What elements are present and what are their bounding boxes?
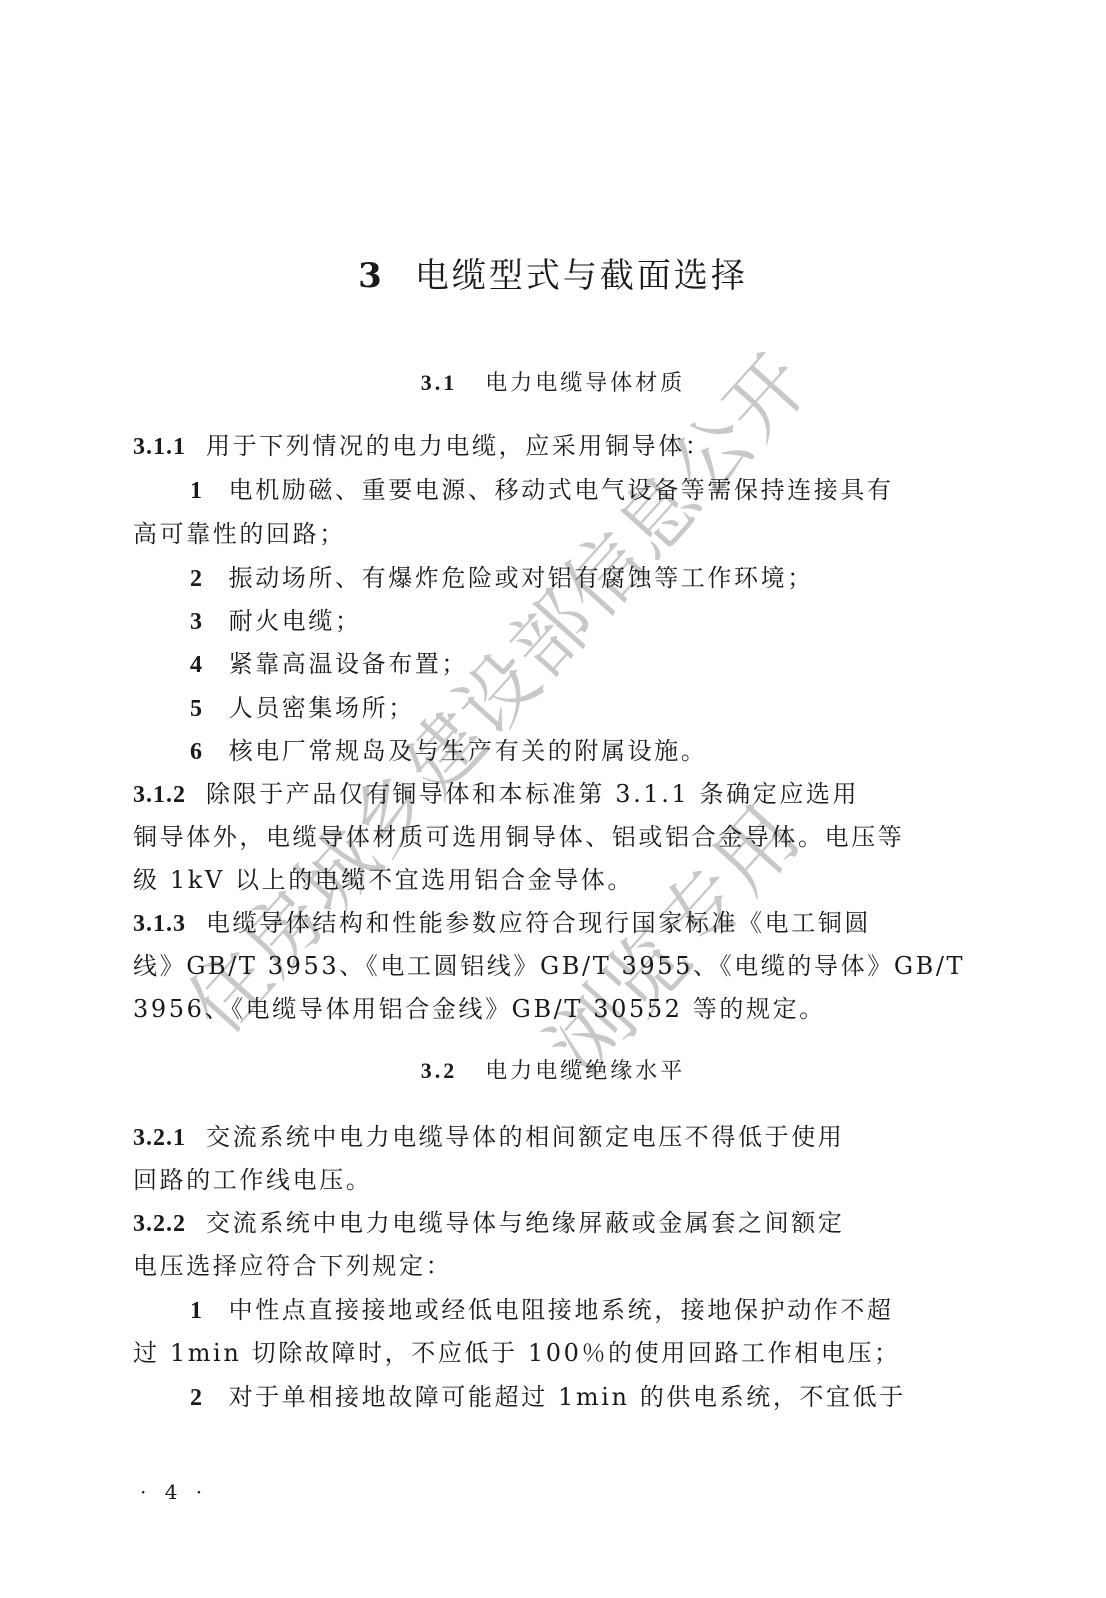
clause-text: 除限于产品仅有铜导体和本标准第 3.1.1 条确定应选用: [206, 780, 859, 808]
text-line: 线》GB/T 3953、《电工圆铝线》GB/T 3955、《电缆的导体》GB/T: [133, 946, 965, 981]
item-text: 中性点直接接地或经低电阻接地系统，接地保护动作不超: [229, 1296, 894, 1324]
item-text: 人员密集场所；: [229, 694, 415, 722]
text-line: 电压选择应符合下列规定：: [133, 1246, 452, 1281]
chapter-number: 3: [358, 256, 385, 296]
item-number: 1: [190, 478, 205, 504]
clause-number: 3.2.2: [133, 1211, 186, 1237]
text-line: 3956、《电缆导体用铝合金线》GB/T 30552 等的规定。: [133, 989, 826, 1024]
item-text: 紧靠高温设备布置；: [229, 650, 468, 678]
clause-3-1-2: 3.1.2除限于产品仅有铜导体和本标准第 3.1.1 条确定应选用: [133, 774, 859, 809]
clause-3-1-3: 3.1.3电缆导体结构和性能参数应符合现行国家标准《电工铜圆: [133, 903, 871, 938]
section-number: 3.2: [421, 1058, 458, 1083]
text-line: 铜导体外，电缆导体材质可选用铜导体、铝或铝合金导体。电压等: [133, 817, 904, 852]
list-item: 6核电厂常规岛及与生产有关的附属设施。: [190, 731, 707, 766]
clause-text: 交流系统中电力电缆导体与绝缘屏蔽或金属套之间额定: [206, 1209, 844, 1237]
item-number: 4: [190, 652, 205, 678]
clause-number: 3.2.1: [133, 1125, 186, 1151]
list-item: 4紧靠高温设备布置；: [190, 644, 468, 679]
page-number: · 4 ·: [140, 1480, 208, 1504]
clause-number: 3.1.2: [133, 782, 186, 808]
section-title: 电力电缆导体材质: [485, 371, 685, 396]
list-item: 1中性点直接接地或经低电阻接地系统，接地保护动作不超: [190, 1290, 894, 1325]
list-item: 2振动场所、有爆炸危险或对铝有腐蚀等工作环境；: [190, 558, 814, 593]
item-number: 6: [190, 739, 205, 765]
section-heading-3-1: 3.1电力电缆导体材质: [0, 366, 1106, 397]
clause-3-1-1: 3.1.1用于下列情况的电力电缆，应采用铜导体：: [133, 426, 711, 461]
item-text: 对于单相接地故障可能超过 1min 的供电系统，不宜低于: [229, 1383, 906, 1411]
list-item: 2对于单相接地故障可能超过 1min 的供电系统，不宜低于: [190, 1377, 906, 1412]
section-heading-3-2: 3.2电力电缆绝缘水平: [0, 1054, 1106, 1085]
item-number: 3: [190, 609, 205, 635]
item-number: 2: [190, 1385, 205, 1411]
chapter-heading: 3电缆型式与截面选择: [0, 248, 1106, 297]
chapter-title: 电缆型式与截面选择: [415, 256, 748, 296]
item-text: 核电厂常规岛及与生产有关的附属设施。: [229, 737, 708, 765]
item-text: 耐火电缆；: [229, 607, 362, 635]
clause-number: 3.1.1: [133, 434, 186, 460]
section-number: 3.1: [421, 370, 458, 395]
list-item: 3耐火电缆；: [190, 601, 362, 636]
clause-text: 电缆导体结构和性能参数应符合现行国家标准《电工铜圆: [206, 909, 871, 937]
text-line: 回路的工作线电压。: [133, 1160, 372, 1195]
clause-3-2-1: 3.2.1交流系统中电力电缆导体的相间额定电压不得低于使用: [133, 1117, 844, 1152]
text-line: 级 1kV 以上的电缆不宜选用铝合金导体。: [133, 860, 634, 895]
list-item: 1电机励磁、重要电源、移动式电气设备等需保持连接具有: [190, 470, 894, 505]
document-page: 住房城乡建设部信息公开 浏览专用 3电缆型式与截面选择 3.1电力电缆导体材质 …: [0, 0, 1106, 1598]
item-text: 电机励磁、重要电源、移动式电气设备等需保持连接具有: [229, 476, 894, 504]
item-number: 5: [190, 696, 205, 722]
item-number: 1: [190, 1298, 205, 1324]
list-item: 5人员密集场所；: [190, 688, 415, 723]
clause-text: 交流系统中电力电缆导体的相间额定电压不得低于使用: [206, 1123, 844, 1151]
clause-3-2-2: 3.2.2交流系统中电力电缆导体与绝缘屏蔽或金属套之间额定: [133, 1203, 844, 1238]
text-line: 高可靠性的回路；: [133, 514, 346, 549]
item-text: 振动场所、有爆炸危险或对铝有腐蚀等工作环境；: [229, 564, 814, 592]
section-title: 电力电缆绝缘水平: [485, 1059, 685, 1084]
clause-text: 用于下列情况的电力电缆，应采用铜导体：: [206, 432, 711, 460]
item-number: 2: [190, 566, 205, 592]
clause-number: 3.1.3: [133, 911, 186, 937]
text-line: 过 1min 切除故障时，不应低于 100％的使用回路工作相电压；: [133, 1333, 901, 1368]
